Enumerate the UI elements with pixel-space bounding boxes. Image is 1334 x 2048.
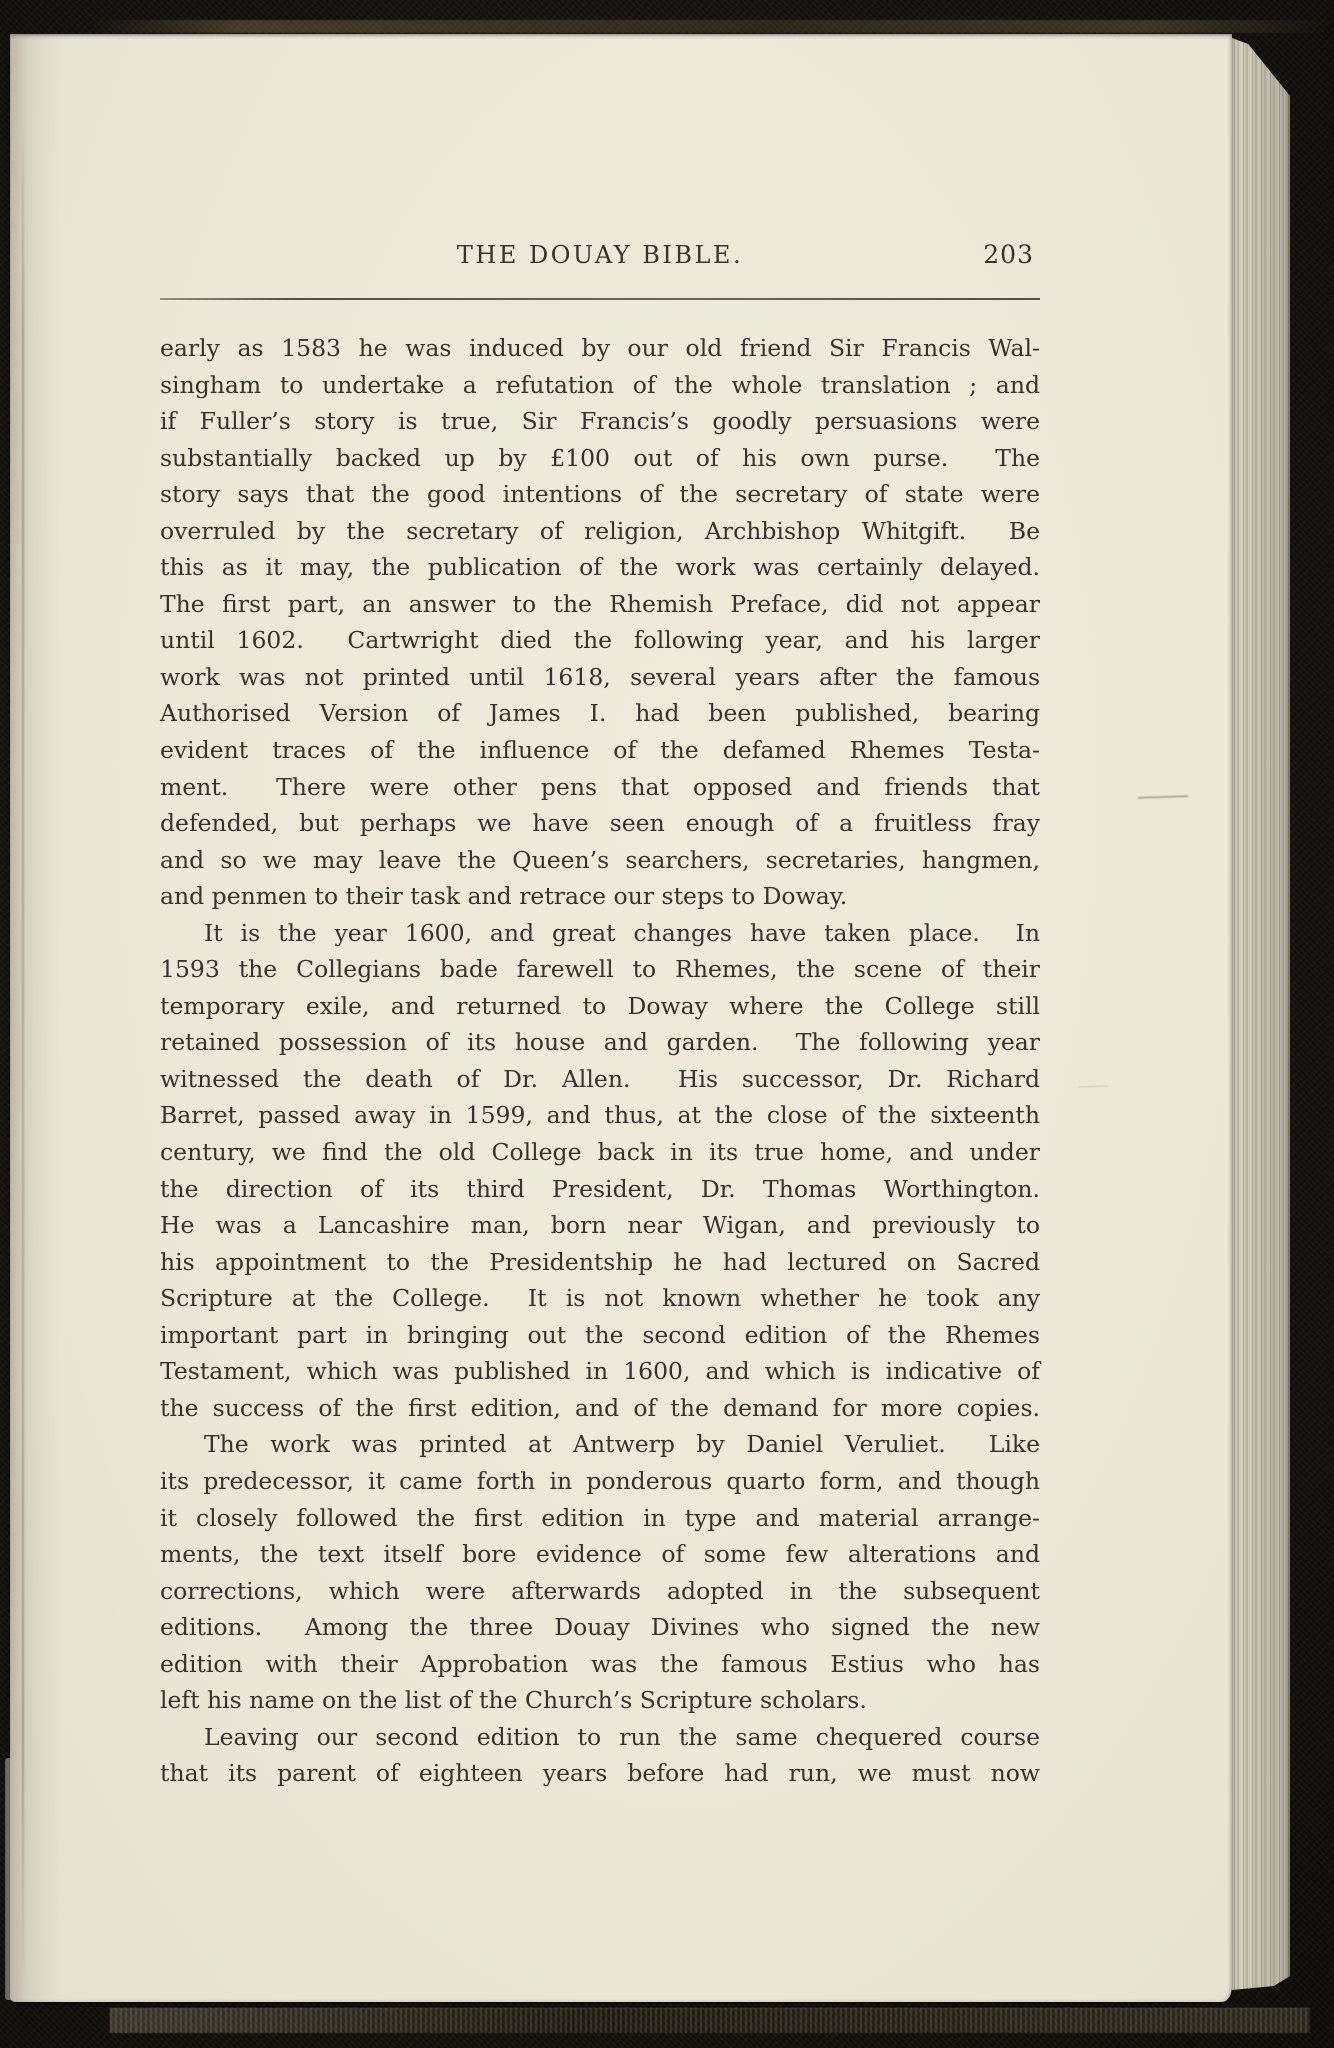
page-fore-edge-stack	[1232, 38, 1290, 1990]
text-line: Scripture at the College. It is not know…	[160, 1280, 1040, 1317]
text-line: singham to undertake a refutation of the…	[160, 367, 1040, 404]
text-line: Testament, which was published in 1600, …	[160, 1353, 1040, 1390]
text-line: overruled by the secretary of religion, …	[160, 513, 1040, 550]
text-line: corrections, which were afterwards adopt…	[160, 1573, 1040, 1610]
text-line: retained possession of its house and gar…	[160, 1024, 1040, 1061]
text-line: important part in bringing out the secon…	[160, 1317, 1040, 1354]
text-line: He was a Lancashire man, born near Wigan…	[160, 1207, 1040, 1244]
text-line: and penmen to their task and retrace our…	[160, 878, 1040, 915]
book-cover-bottom-edge	[110, 2008, 1310, 2033]
text-line: evident traces of the influence of the d…	[160, 732, 1040, 769]
text-line: that its parent of eighteen years before…	[160, 1755, 1040, 1792]
running-title: THE DOUAY BIBLE.	[160, 234, 1040, 276]
text-line: It is the year 1600, and great changes h…	[160, 915, 1040, 952]
text-line: story says that the good intentions of t…	[160, 476, 1040, 513]
pencil-mark	[1138, 795, 1188, 799]
text-line: The work was printed at Antwerp by Danie…	[160, 1426, 1040, 1463]
text-line: witnessed the death of Dr. Allen. His su…	[160, 1061, 1040, 1098]
text-line: edition with their Approbation was the f…	[160, 1646, 1040, 1683]
text-line: the direction of its third President, Dr…	[160, 1171, 1040, 1208]
text-line: Leaving our second edition to run the sa…	[160, 1719, 1040, 1756]
text-line: left his name on the list of the Church’…	[160, 1682, 1040, 1719]
text-line: its predecessor, it came forth in ponder…	[160, 1463, 1040, 1500]
text-line: and so we may leave the Queen’s searcher…	[160, 842, 1040, 879]
header-rule	[160, 298, 1040, 300]
text-line: his appointment to the Presidentship he …	[160, 1244, 1040, 1281]
pencil-mark	[1078, 1085, 1108, 1087]
text-line: work was not printed until 1618, several…	[160, 659, 1040, 696]
book-page: THE DOUAY BIBLE. 203 early as 1583 he wa…	[10, 34, 1232, 2002]
text-line: this as it may, the publication of the w…	[160, 549, 1040, 586]
page-gutter-crease	[22, 124, 24, 1972]
body-text: early as 1583 he was induced by our old …	[160, 330, 1040, 1792]
text-line: it closely followed the first edition in…	[160, 1500, 1040, 1537]
text-line: century, we find the old College back in…	[160, 1134, 1040, 1171]
text-line: until 1602. Cartwright died the followin…	[160, 622, 1040, 659]
text-line: if Fuller’s story is true, Sir Francis’s…	[160, 403, 1040, 440]
text-line: 1593 the Collegians bade farewell to Rhe…	[160, 951, 1040, 988]
text-line: early as 1583 he was induced by our old …	[160, 330, 1040, 367]
text-line: Barret, passed away in 1599, and thus, a…	[160, 1097, 1040, 1134]
text-line: ment. There were other pens that opposed…	[160, 769, 1040, 806]
book-cover-top-edge	[90, 20, 1334, 33]
text-line: the success of the first edition, and of…	[160, 1390, 1040, 1427]
text-line: temporary exile, and returned to Doway w…	[160, 988, 1040, 1025]
running-head: THE DOUAY BIBLE. 203	[160, 234, 1040, 276]
page-gutter-shadow	[10, 34, 62, 2002]
text-line: The first part, an answer to the Rhemish…	[160, 586, 1040, 623]
text-line: Authorised Version of James I. had been …	[160, 695, 1040, 732]
text-line: defended, but perhaps we have seen enoug…	[160, 805, 1040, 842]
text-line: ments, the text itself bore evidence of …	[160, 1536, 1040, 1573]
page-number: 203	[983, 234, 1034, 276]
text-line: substantially backed up by £100 out of h…	[160, 440, 1040, 477]
screenshot-root: { "colors": { "paper": "#ebe8d7", "cover…	[0, 0, 1334, 2048]
text-line: editions. Among the three Douay Divines …	[160, 1609, 1040, 1646]
